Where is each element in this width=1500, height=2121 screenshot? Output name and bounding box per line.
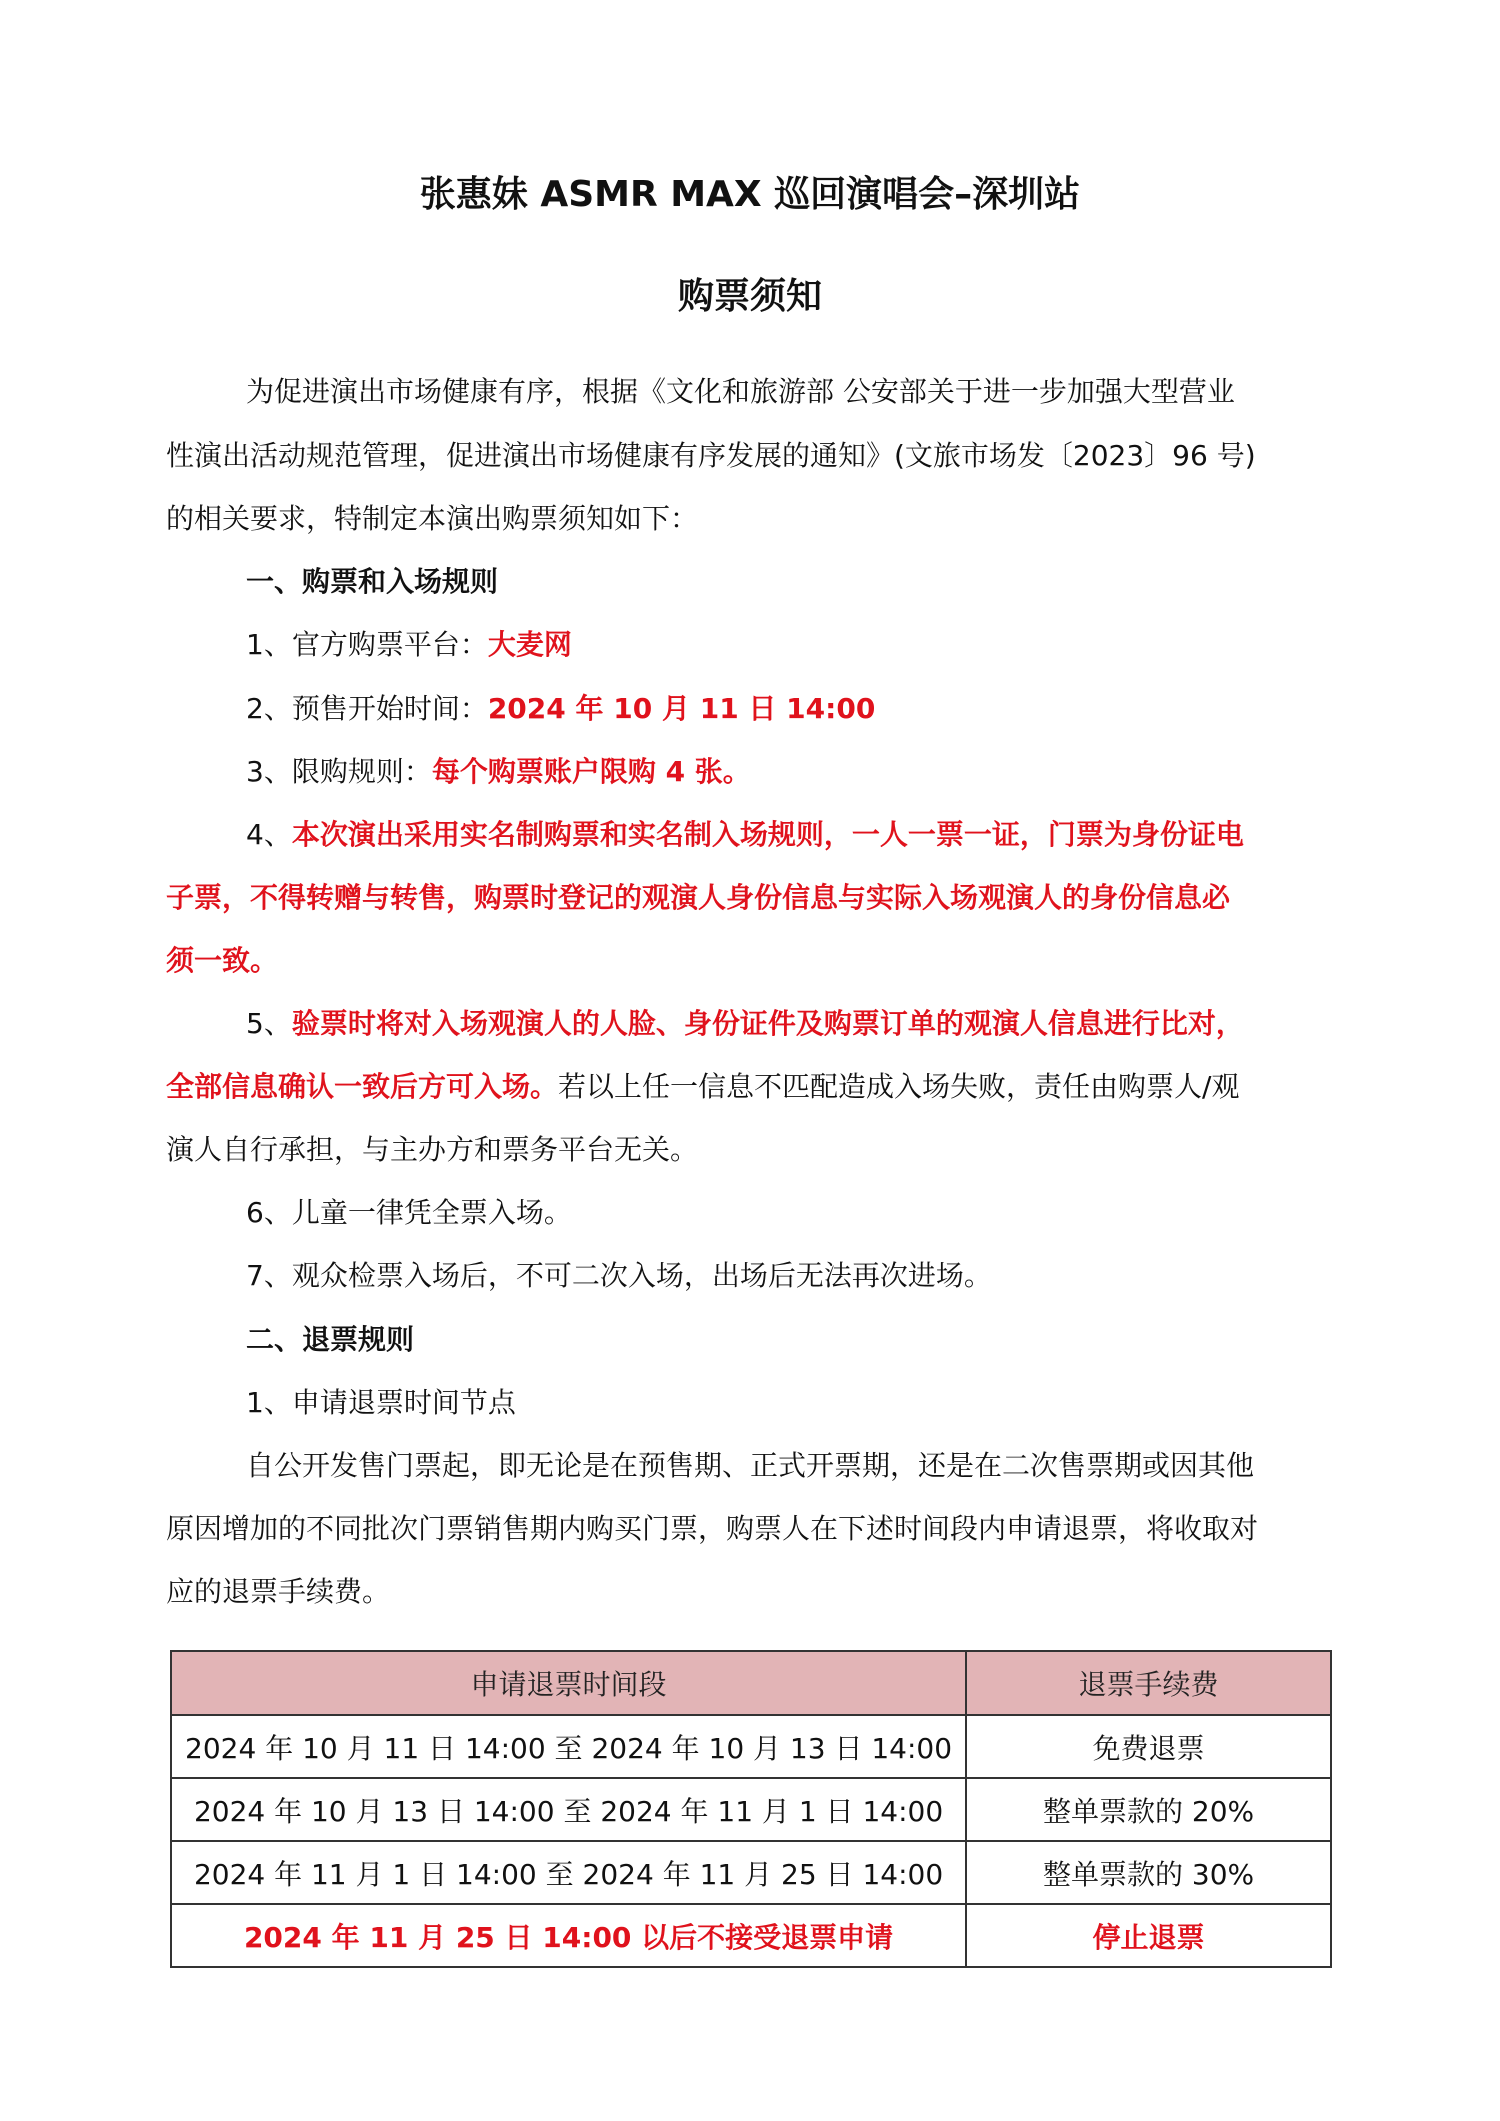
rule-item-5-label: 5、 bbox=[246, 1007, 292, 1040]
table-cell-period: 2024 年 11 月 1 日 14:00 至 2024 年 11 月 25 日… bbox=[171, 1841, 966, 1904]
table-header-fee: 退票手续费 bbox=[966, 1651, 1331, 1715]
ticket-platform-value: 大麦网 bbox=[488, 628, 572, 661]
table-cell-fee: 整单票款的 30% bbox=[966, 1841, 1331, 1904]
rule-item-4-line-3: 须一致。 bbox=[166, 941, 1346, 981]
refund-fee-table: 申请退票时间段 退票手续费 2024 年 10 月 11 日 14:00 至 2… bbox=[170, 1650, 1332, 1968]
table-row-stop-refund: 2024 年 11 月 25 日 14:00 以后不接受退票申请 停止退票 bbox=[171, 1904, 1331, 1967]
table-header-period: 申请退票时间段 bbox=[171, 1651, 966, 1715]
table-cell-fee: 免费退票 bbox=[966, 1715, 1331, 1778]
table-cell-fee: 停止退票 bbox=[966, 1904, 1331, 1967]
section-2-subheading: 1、申请退票时间节点 bbox=[246, 1383, 1346, 1423]
table-header-row: 申请退票时间段 退票手续费 bbox=[171, 1651, 1331, 1715]
rule-item-5-line-1: 5、验票时将对入场观演人的人脸、身份证件及购票订单的观演人信息进行比对， bbox=[246, 1004, 1346, 1044]
table-cell-period: 2024 年 10 月 11 日 14:00 至 2024 年 10 月 13 … bbox=[171, 1715, 966, 1778]
table-cell-period: 2024 年 10 月 13 日 14:00 至 2024 年 11 月 1 日… bbox=[171, 1778, 966, 1841]
rule-item-5-text-2: 若以上任一信息不匹配造成入场失败，责任由购票人/观 bbox=[558, 1070, 1239, 1103]
rule-item-4-label: 4、 bbox=[246, 818, 292, 851]
document-subtitle: 购票须知 bbox=[0, 268, 1500, 319]
rule-item-4-text-1: 本次演出采用实名制购票和实名制入场规则，一人一票一证，门票为身份证电 bbox=[292, 818, 1244, 851]
table-row: 2024 年 10 月 13 日 14:00 至 2024 年 11 月 1 日… bbox=[171, 1778, 1331, 1841]
table-row: 2024 年 11 月 1 日 14:00 至 2024 年 11 月 25 日… bbox=[171, 1841, 1331, 1904]
refund-para-line-3: 应的退票手续费。 bbox=[166, 1572, 1346, 1612]
rule-item-5-text-2-red: 全部信息确认一致后方可入场。 bbox=[166, 1070, 558, 1103]
refund-para-line-1: 自公开发售门票起，即无论是在预售期、正式开票期，还是在二次售票期或因其他 bbox=[246, 1446, 1346, 1486]
rule-item-3: 3、限购规则：每个购票账户限购 4 张。 bbox=[246, 752, 1346, 792]
section-2-heading: 二、退票规则 bbox=[246, 1320, 1346, 1360]
rule-item-1: 1、官方购票平台：大麦网 bbox=[246, 625, 1346, 665]
rule-item-4-line-2: 子票，不得转赠与转售，购票时登记的观演人身份信息与实际入场观演人的身份信息必 bbox=[166, 878, 1346, 918]
intro-line-3: 的相关要求，特制定本演出购票须知如下： bbox=[166, 499, 1346, 539]
rule-item-4-line-1: 4、本次演出采用实名制购票和实名制入场规则，一人一票一证，门票为身份证电 bbox=[246, 815, 1346, 855]
table-cell-period: 2024 年 11 月 25 日 14:00 以后不接受退票申请 bbox=[171, 1904, 966, 1967]
rule-item-2-label: 2、预售开始时间： bbox=[246, 692, 488, 725]
intro-line-2: 性演出活动规范管理，促进演出市场健康有序发展的通知》(文旅市场发〔2023〕96… bbox=[166, 436, 1346, 476]
refund-para-line-2: 原因增加的不同批次门票销售期内购买门票，购票人在下述时间段内申请退票，将收取对 bbox=[166, 1509, 1346, 1549]
rule-item-3-label: 3、限购规则： bbox=[246, 755, 432, 788]
rule-item-5-line-3: 演人自行承担，与主办方和票务平台无关。 bbox=[166, 1130, 1346, 1170]
intro-line-1: 为促进演出市场健康有序，根据《文化和旅游部 公安部关于进一步加强大型营业 bbox=[246, 372, 1346, 412]
rule-item-1-label: 1、官方购票平台： bbox=[246, 628, 488, 661]
section-1-heading: 一、购票和入场规则 bbox=[246, 562, 1346, 602]
table-row: 2024 年 10 月 11 日 14:00 至 2024 年 10 月 13 … bbox=[171, 1715, 1331, 1778]
rule-item-2: 2、预售开始时间：2024 年 10 月 11 日 14:00 bbox=[246, 689, 1346, 729]
rule-item-6: 6、儿童一律凭全票入场。 bbox=[246, 1193, 1346, 1233]
purchase-limit-value: 每个购票账户限购 4 张。 bbox=[432, 755, 751, 788]
rule-item-5-line-2: 全部信息确认一致后方可入场。若以上任一信息不匹配造成入场失败，责任由购票人/观 bbox=[166, 1067, 1346, 1107]
table-cell-fee: 整单票款的 20% bbox=[966, 1778, 1331, 1841]
presale-time-value: 2024 年 10 月 11 日 14:00 bbox=[488, 692, 875, 725]
rule-item-7: 7、观众检票入场后，不可二次入场，出场后无法再次进场。 bbox=[246, 1256, 1346, 1296]
document-page: 张惠妹 ASMR MAX 巡回演唱会–深圳站 购票须知 为促进演出市场健康有序，… bbox=[0, 0, 1500, 2121]
document-title: 张惠妹 ASMR MAX 巡回演唱会–深圳站 bbox=[0, 166, 1500, 217]
rule-item-5-text-1: 验票时将对入场观演人的人脸、身份证件及购票订单的观演人信息进行比对， bbox=[292, 1007, 1244, 1040]
